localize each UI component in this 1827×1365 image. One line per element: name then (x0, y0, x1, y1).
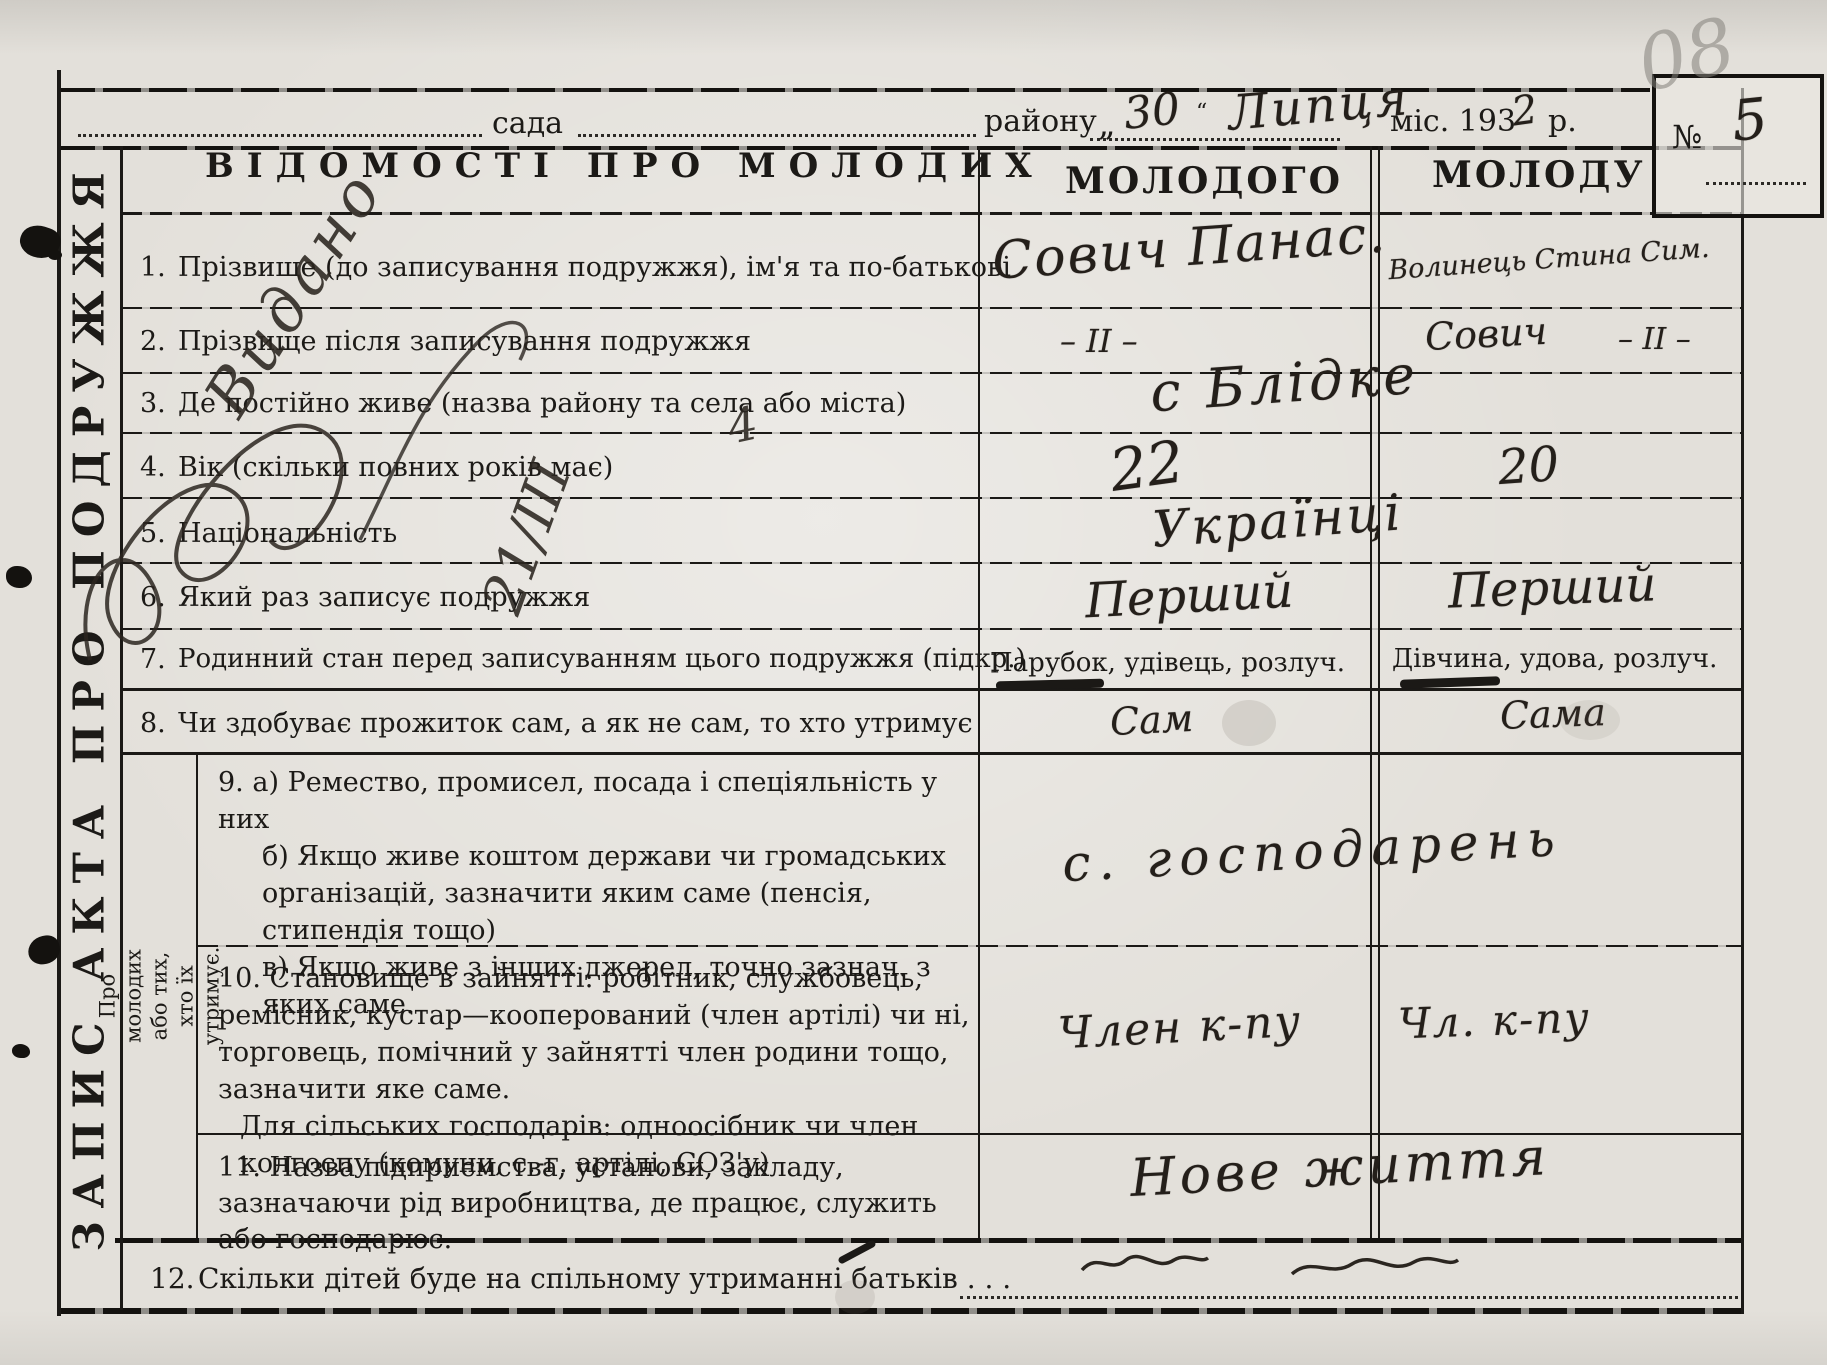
groom-column-divider (978, 146, 980, 1238)
bride-status-underline-mark (1400, 676, 1500, 688)
flourish-scrawl (60, 280, 620, 680)
village-label: сада (492, 106, 563, 141)
year-suffix: р. (1548, 104, 1577, 139)
ink-blot (12, 1044, 30, 1058)
squiggle-mark-2 (1290, 1252, 1460, 1280)
groom-column-title: МОЛОДОГО (1065, 160, 1343, 202)
ink-blot (48, 250, 62, 260)
question-9b: Якщо живе коштом держави чи громадських … (262, 841, 946, 946)
row7-line (120, 688, 1741, 691)
row8-line (120, 752, 1741, 755)
answer-groom-selfsupport: Сам (1109, 696, 1194, 744)
top-border-line (57, 88, 1650, 92)
pen-mark (838, 1240, 878, 1264)
year-digit-handwritten: 2 (1509, 86, 1541, 135)
q9b-label: б) (262, 841, 289, 872)
question-11: Назва підприємства, установи, закладу, з… (218, 1152, 937, 1255)
right-border (1741, 88, 1744, 1314)
answer-groom-surname-after: – ІІ – (1060, 322, 1138, 360)
groom-status-options: Парубок, удівець, розлуч. (990, 648, 1345, 678)
answer-groom-age: 22 (1106, 427, 1189, 505)
question-12: Скільки дітей буде на спільному утриманн… (198, 1262, 1011, 1295)
answer-bride-age: 20 (1496, 436, 1561, 496)
q11-num: 11. (218, 1152, 261, 1183)
q1-num: 1. (140, 252, 166, 283)
question-9a: Ремество, промисел, посада і спеціяльніс… (218, 767, 937, 835)
answer-residence: с Блідке (1148, 343, 1421, 425)
squiggle-mark-1 (1080, 1250, 1210, 1276)
inner-band-label-1: Про молодих або тих, хто їх (94, 947, 198, 1046)
q8-num: 8. (140, 708, 166, 739)
question-8: Чи здобуває прожиток сам, а як не сам, т… (178, 708, 973, 739)
district-leader-dots (578, 134, 976, 137)
answer-bride-position: Чл. к-пу (1397, 993, 1591, 1049)
registry-form-sheet: № 5 08 сада району „ 30 “ Липця міс. 193… (0, 0, 1827, 1365)
bride-status-options: Дівчина, удова, розлуч. (1392, 644, 1717, 674)
record-number-label: № (1672, 118, 1702, 156)
q9a-label: а) (252, 767, 279, 798)
answer-groom-position: Член к-пу (1057, 996, 1303, 1060)
question-10a: Становище в зайнятті: робітник, службове… (218, 963, 970, 1105)
month-handwritten: Липця (1226, 70, 1412, 142)
day-handwritten: 30 (1121, 83, 1182, 140)
q10-num: 10. (218, 963, 261, 994)
bride-column-divider-b (1378, 146, 1380, 1238)
paper-stain (1560, 700, 1620, 740)
district-label: району (984, 104, 1097, 139)
answer-bride-ditto: – ІІ – (1618, 322, 1691, 357)
q12-leader-dots (960, 1296, 1738, 1299)
month-year-label: міс. 193 (1390, 104, 1516, 139)
record-number-dots (1706, 182, 1806, 185)
bride-column-divider-a (1370, 146, 1372, 1238)
ink-blot (6, 566, 32, 588)
quote-close: “ (1196, 100, 1207, 125)
answer-bride-name: Волинець Стина Сим. (1387, 233, 1710, 286)
inner-band: Про молодих або тих, хто їх утримує. (122, 756, 196, 1236)
question-10-block: 10. Становище в зайнятті: робітник, служ… (218, 960, 978, 1182)
answer-occupation: с. господарень (1061, 809, 1564, 893)
paper-stain (1222, 700, 1276, 746)
paper-stain (835, 1280, 875, 1314)
answer-groom-name: Сович Панас. (990, 204, 1388, 291)
answer-enterprise: Нове життя (1129, 1127, 1551, 1209)
bride-column-title: МОЛОДУ (1432, 154, 1646, 196)
village-leader-dots (78, 134, 482, 137)
answer-bride-surname-after: Сович (1424, 309, 1548, 359)
bottom-border-line (57, 1308, 1741, 1314)
record-number-value: 5 (1729, 86, 1771, 154)
q12-num: 12. (150, 1262, 195, 1295)
answer-nationality: Українці (1150, 483, 1405, 558)
answer-groom-marriage-count: Перший (1084, 563, 1295, 630)
q9-num: 9. (218, 767, 244, 798)
answer-bride-marriage-count: Перший (1447, 556, 1657, 619)
